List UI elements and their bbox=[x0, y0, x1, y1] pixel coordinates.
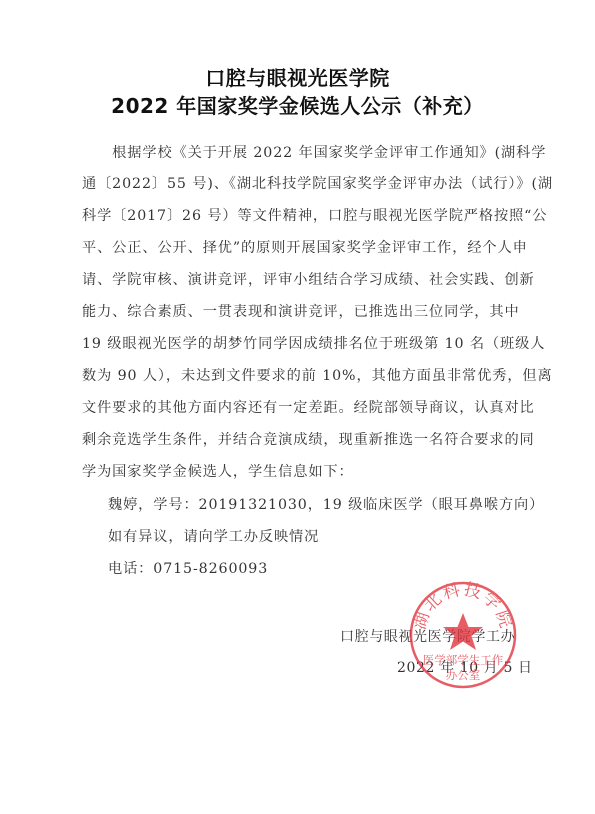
body-line: 19 级眼视光医学的胡梦竹同学因成绩排名位于班级第 10 名（班级人 bbox=[82, 333, 527, 353]
body-line: 根据学校《关于开展 2022 年国家奖学金评审工作通知》(湖科学 bbox=[82, 142, 527, 162]
body-line: 剩余竞选学生条件，并结合竞演成绩，现重新推选一名符合要求的同 bbox=[82, 429, 527, 449]
body-line: 科学〔2017〕26 号）等文件精神，口腔与眼视光医学院严格按照“公 bbox=[82, 205, 527, 225]
document-title-line2: 2022 年国家奖学金候选人公示（补充） bbox=[0, 90, 595, 119]
body-line: 请、学院审核、演讲竞评，评审小组结合学习成绩、社会实践、创新 bbox=[82, 269, 527, 289]
body-line: 学为国家奖学金候选人，学生信息如下： bbox=[82, 461, 527, 481]
body-line: 通〔2022〕55 号)、《湖北科技学院国家奖学金评审办法（试行）》(湖 bbox=[82, 173, 527, 193]
official-seal: 湖北科技学院 医学部学生工作 办公室 bbox=[408, 580, 518, 690]
body-line: 能力、综合素质、一贯表现和演讲竞评，已推选出三位同学，其中 bbox=[82, 301, 527, 321]
document-title-line1: 口腔与眼视光医学院 bbox=[0, 62, 595, 91]
objection-note: 如有异议，请向学工办反映情况 bbox=[108, 526, 553, 546]
svg-text:医学部学生工作: 医学部学生工作 bbox=[423, 653, 504, 667]
student-info: 魏婷，学号：20191321030，19 级临床医学（眼耳鼻喉方向） bbox=[108, 494, 553, 514]
contact-phone: 电话：0715-8260093 bbox=[108, 558, 553, 578]
body-line: 平、公正、公开、择优”的原则开展国家奖学金评审工作，经个人申 bbox=[82, 237, 527, 257]
body-line: 数为 90 人），未达到文件要求的前 10%，其他方面虽非常优秀，但离 bbox=[82, 365, 527, 385]
svg-text:办公室: 办公室 bbox=[446, 668, 481, 682]
body-line: 文件要求的其他方面内容还有一定差距。经院部领导商议，认真对比 bbox=[82, 397, 527, 417]
seal-icon: 湖北科技学院 医学部学生工作 办公室 bbox=[408, 580, 518, 690]
